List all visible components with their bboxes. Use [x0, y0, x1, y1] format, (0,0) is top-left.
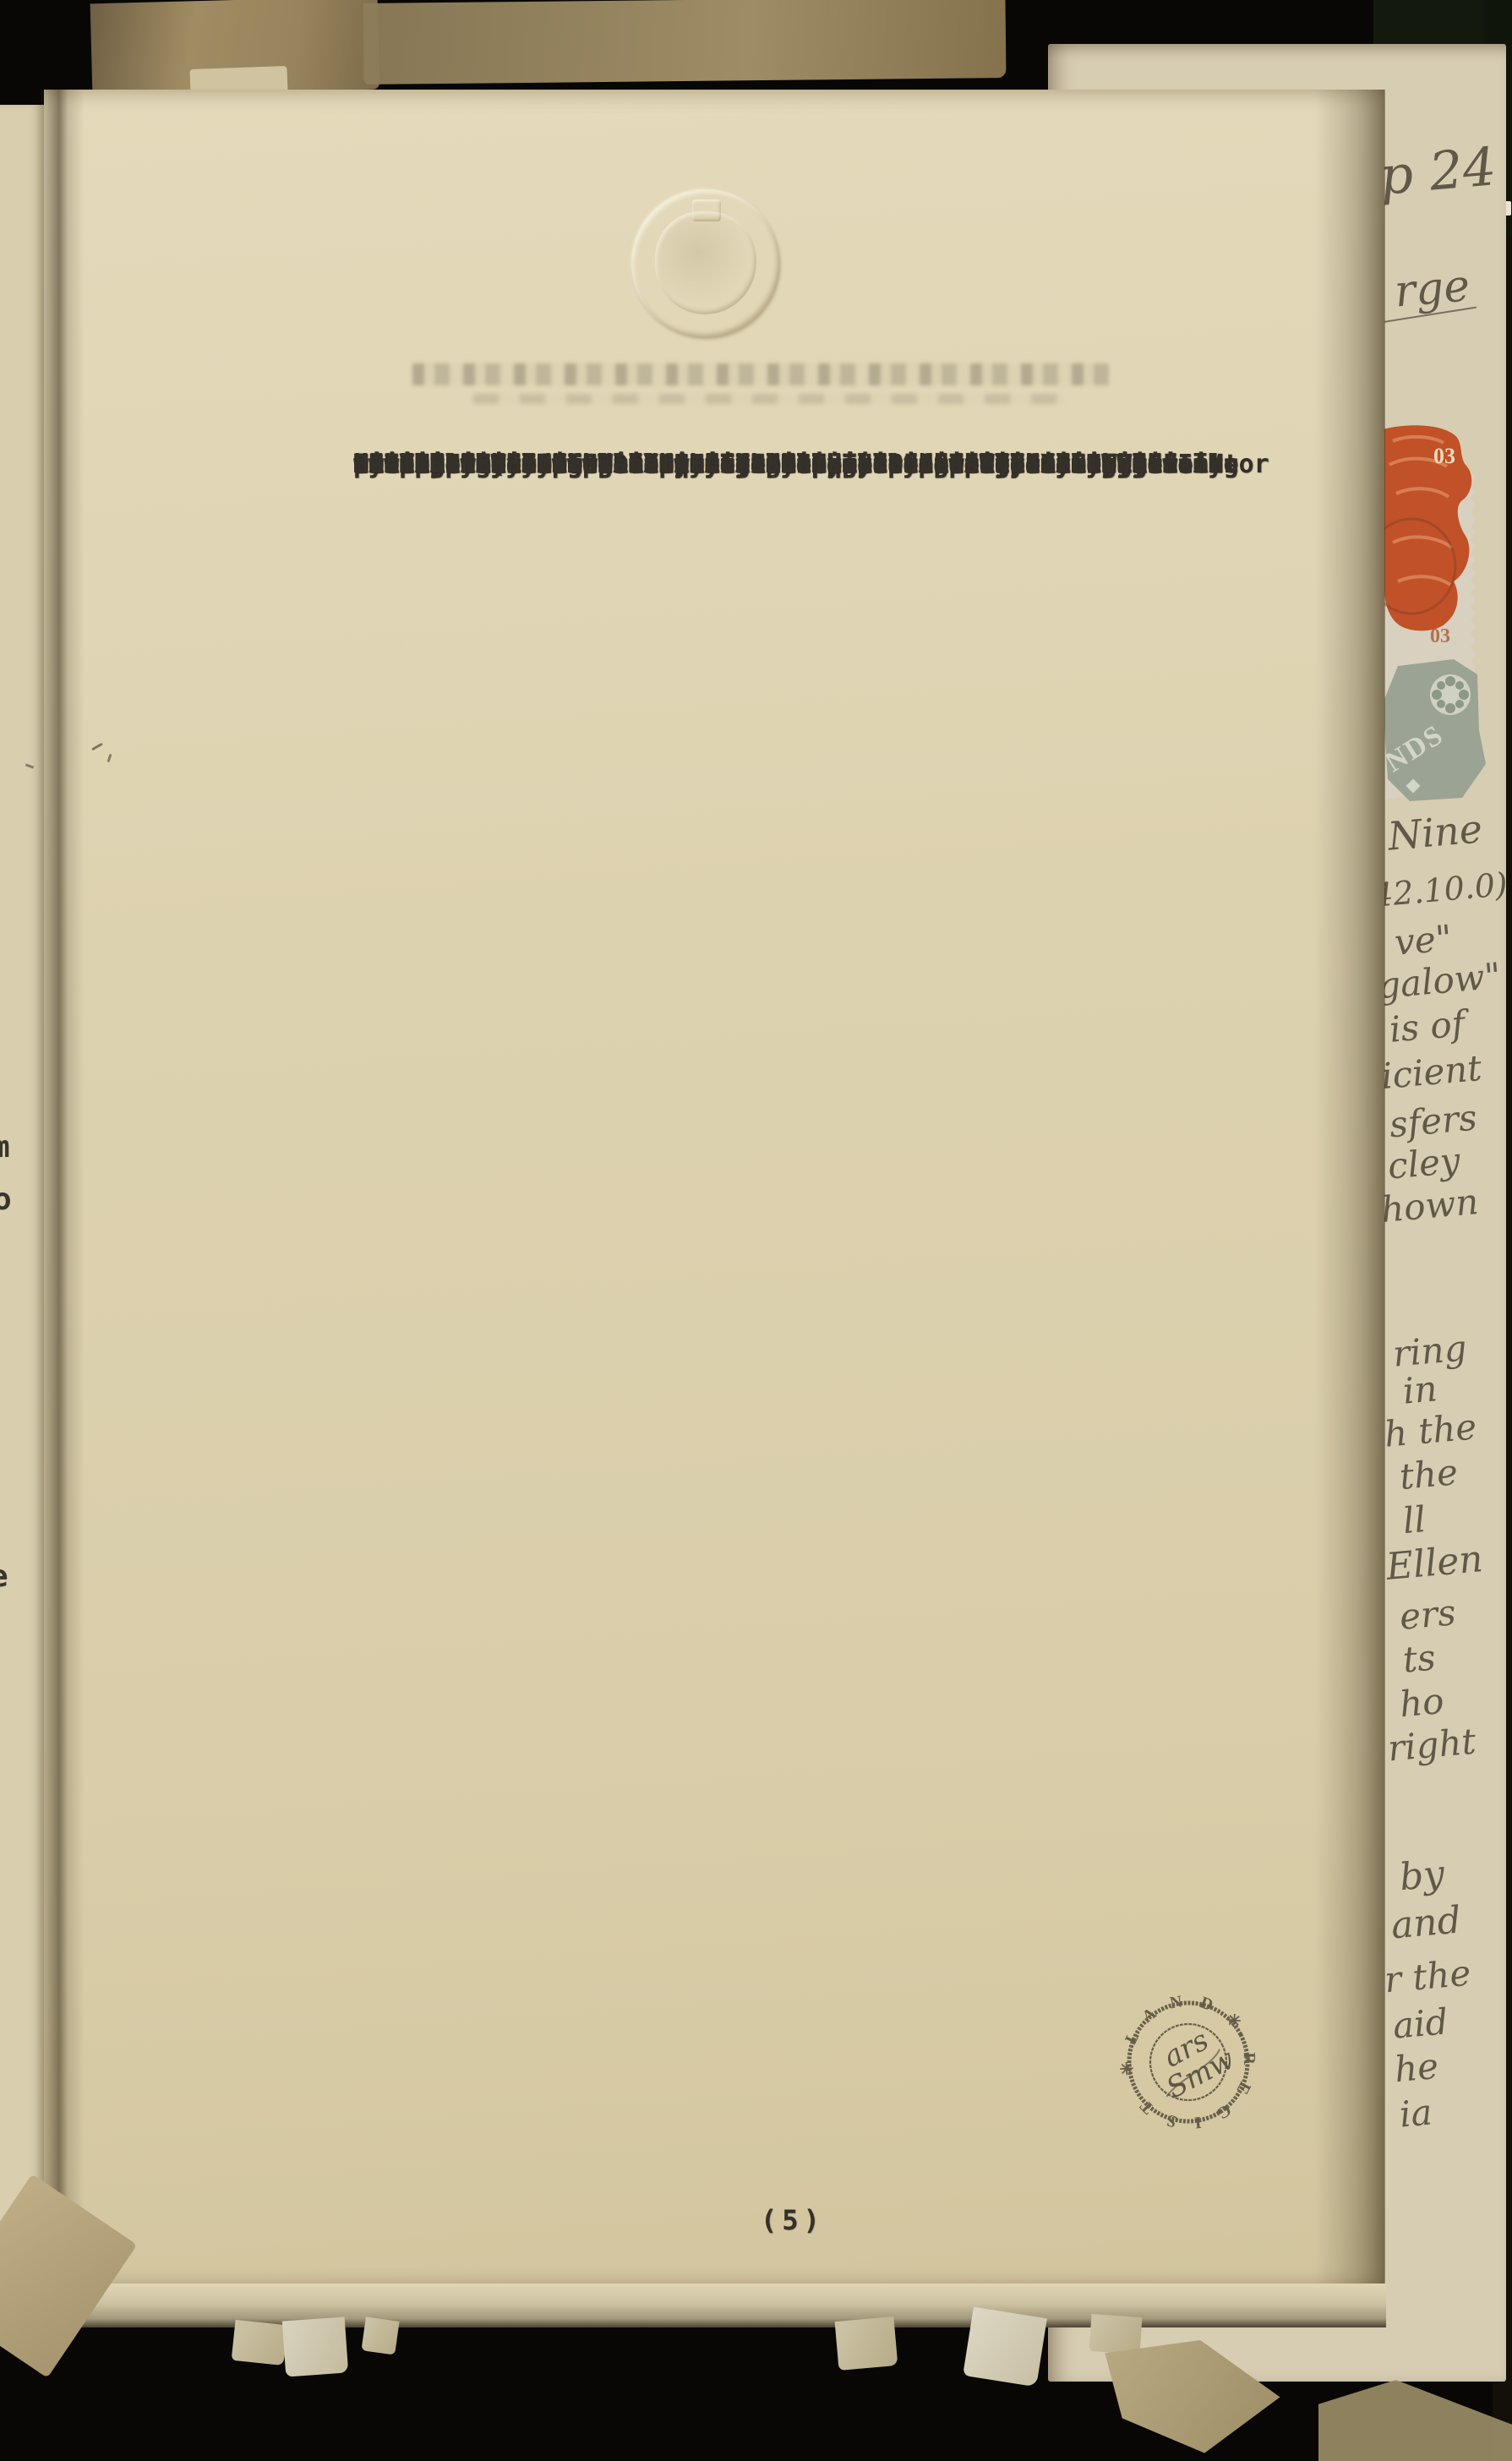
- torn-paper-fragment-top-right: [363, 0, 1007, 85]
- clipped-typed-letter: o: [0, 1185, 12, 1215]
- handwriting-fragment: is of: [1388, 1006, 1466, 1048]
- typed-line: LOTTIE NEWHOOK.: [353, 433, 582, 496]
- handwriting-fragment: p 24: [1378, 140, 1498, 203]
- handwriting-fragment: in: [1401, 1371, 1438, 1409]
- handwriting-fragment: ts: [1401, 1640, 1437, 1678]
- handwriting-fragment: icient: [1379, 1050, 1482, 1094]
- handwriting-fragment: galow": [1376, 958, 1502, 1005]
- grey-pounds-stamp: NDS: [1379, 659, 1486, 801]
- handwriting-fragment: the: [1398, 1454, 1459, 1495]
- torn-scrap: [963, 2307, 1047, 2387]
- embossed-royal-seal: [631, 189, 780, 338]
- handwriting-fragment: aid: [1391, 2004, 1449, 2044]
- handwriting-fragment: ve": [1393, 920, 1453, 961]
- torn-scrap: [835, 2316, 898, 2371]
- handwriting-fragment: rge: [1393, 264, 1471, 314]
- page-number: (5): [761, 2204, 825, 2236]
- handwriting-fragment: sfers: [1388, 1100, 1478, 1143]
- handwriting-fragment: right: [1386, 1724, 1477, 1767]
- handwriting-fragment: h the: [1383, 1409, 1477, 1452]
- handwriting-fragment: Ellen: [1384, 1541, 1484, 1586]
- gutter-crease-shadow: [41, 90, 85, 2294]
- handwriting-fragment: Nine: [1386, 809, 1483, 856]
- stamp-year-text: 03: [1433, 444, 1455, 468]
- torn-scrap: [1089, 2314, 1143, 2355]
- embossed-crown: [692, 199, 721, 221]
- torn-scrap: [361, 2316, 399, 2355]
- handwriting-fragment: by: [1398, 1856, 1446, 1896]
- handwriting-fragment: r the: [1383, 1956, 1471, 1999]
- torn-scrap: [282, 2316, 348, 2376]
- handwriting-fragment: he: [1393, 2049, 1439, 2087]
- stamp-year-faint-text: 03: [1430, 625, 1450, 647]
- handwriting-fragment: 42.10.0): [1372, 868, 1509, 912]
- faded-erased-line-2: [473, 394, 1065, 404]
- handwriting-fragment: ho: [1398, 1683, 1445, 1722]
- embossed-crest: [655, 211, 756, 314]
- handwriting-fragment: ll: [1401, 1502, 1427, 1539]
- handwriting-fragment: ers: [1398, 1595, 1457, 1635]
- faded-erased-line: [412, 363, 1109, 385]
- previous-page-sliver: moe: [0, 105, 44, 2322]
- handwriting-fragment: ring: [1391, 1330, 1468, 1372]
- handwriting-fragment: ia: [1398, 2094, 1433, 2132]
- handwriting-fragment: cley: [1386, 1143, 1461, 1184]
- will-page: [44, 90, 1384, 2289]
- clipped-typed-letter: m: [0, 1132, 10, 1163]
- page-right-fold-shadow: [1314, 90, 1385, 2289]
- torn-scrap: [232, 2320, 288, 2366]
- handwriting-fragment: hown: [1379, 1184, 1480, 1228]
- scanned-will-photograph: 03 03 NDS p 24rgeNine42.10.0)ve"galow"is…: [0, 0, 1512, 2461]
- clipped-typed-letter: e: [0, 1562, 8, 1592]
- handwriting-fragment: and: [1389, 1902, 1462, 1945]
